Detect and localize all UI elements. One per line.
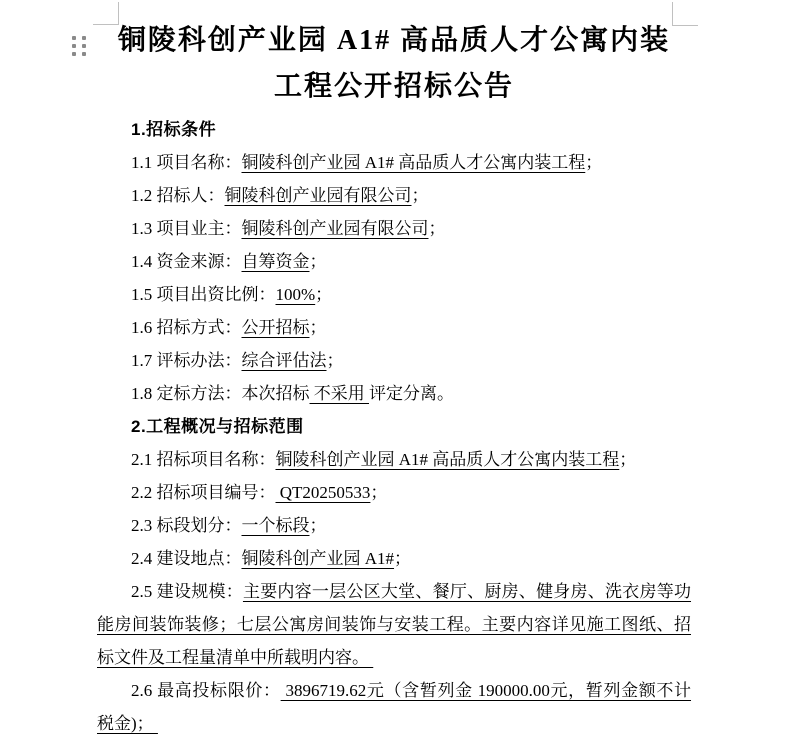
paragraph-text: 2.4 建设地点： — [131, 549, 242, 568]
paragraph-text: 2.工程概况与招标范围 — [131, 417, 304, 436]
paragraph-text: ； — [429, 219, 446, 238]
underlined-value: 铜陵科创产业园有限公司 — [225, 186, 412, 205]
paragraph-text: ； — [310, 318, 327, 337]
paragraph-text: 1.7 评标办法： — [131, 351, 242, 370]
paragraph-text: ； — [315, 285, 332, 304]
paragraph-text: 1.1 项目名称： — [131, 153, 242, 172]
document-paragraph: 2.5 建设规模：主要内容一层公区大堂、餐厅、厨房、健身房、洗衣房等功能房间装饰… — [97, 575, 691, 674]
paragraph-text: ； — [370, 483, 387, 502]
document-paragraph: 1.8 定标方法：本次招标 不采用 评定分离。 — [97, 377, 691, 410]
drag-handle-icon[interactable] — [72, 36, 86, 56]
paragraph-text: ； — [310, 252, 327, 271]
document-paragraph: 1.2 招标人：铜陵科创产业园有限公司； — [97, 179, 691, 212]
paragraph-text: 1.5 项目出资比例： — [131, 285, 276, 304]
underlined-value: 100% — [276, 285, 316, 304]
paragraph-text: 2.3 标段划分： — [131, 516, 242, 535]
document-paragraph: 1.3 项目业主：铜陵科创产业园有限公司； — [97, 212, 691, 245]
paragraph-text: 1.2 招标人： — [131, 186, 225, 205]
paragraph-text: 1.3 项目业主： — [131, 219, 242, 238]
paragraph-text: 2.1 招标项目名称： — [131, 450, 276, 469]
underlined-value: 铜陵科创产业园 A1# 高品质人才公寓内装工程 — [242, 153, 586, 172]
document-paragraph: 1.1 项目名称：铜陵科创产业园 A1# 高品质人才公寓内装工程； — [97, 146, 691, 179]
document-paragraph: 1.5 项目出资比例：100%； — [97, 278, 691, 311]
paragraph-text: 1.招标条件 — [131, 120, 216, 139]
document-title-line-1: 铜陵科创产业园 A1# 高品质人才公寓内装 — [97, 18, 691, 64]
underlined-value: 铜陵科创产业园 A1# — [242, 549, 395, 568]
paragraph-text: 1.6 招标方式： — [131, 318, 242, 337]
document-paragraph: 2.4 建设地点：铜陵科创产业园 A1#； — [97, 542, 691, 575]
paragraph-text: ； — [394, 549, 411, 568]
document-paragraph: 2.3 标段划分：一个标段； — [97, 509, 691, 542]
document-paragraph: 1.4 资金来源：自筹资金； — [97, 245, 691, 278]
section-heading: 1.招标条件 — [97, 113, 691, 146]
underlined-value: 不采用 — [310, 384, 370, 403]
paragraph-text: ； — [619, 450, 636, 469]
underlined-value: 综合评估法 — [242, 351, 327, 370]
underlined-value: 公开招标 — [242, 318, 310, 337]
section-heading: 2.工程概况与招标范围 — [97, 410, 691, 443]
paragraph-text: ； — [412, 186, 429, 205]
document-title: 铜陵科创产业园 A1# 高品质人才公寓内装 工程公开招标公告 — [97, 18, 691, 110]
paragraph-text: 2.5 建设规模： — [131, 582, 243, 601]
paragraph-text: 1.8 定标方法：本次招标 — [131, 384, 310, 403]
underlined-value: 一个标段 — [242, 516, 310, 535]
paragraph-text: ； — [310, 516, 327, 535]
document-paragraph: 1.7 评标办法：综合评估法； — [97, 344, 691, 377]
paragraph-text: 1.4 资金来源： — [131, 252, 242, 271]
document-paragraph: 2.2 招标项目编号： QT20250533； — [97, 476, 691, 509]
underlined-value: 铜陵科创产业园 A1# 高品质人才公寓内装工程 — [276, 450, 620, 469]
document-title-line-2: 工程公开招标公告 — [97, 64, 691, 110]
document-paragraph: 2.6 最高投标限价： 3896719.62元（含暂列金 190000.00元，… — [97, 674, 691, 740]
underlined-value: 自筹资金 — [242, 252, 310, 271]
paragraph-text: 评定分离。 — [369, 384, 454, 403]
underlined-value: 铜陵科创产业园有限公司 — [242, 219, 429, 238]
document-body: 1.招标条件1.1 项目名称：铜陵科创产业园 A1# 高品质人才公寓内装工程；1… — [97, 113, 691, 740]
underlined-value: QT20250533 — [276, 483, 371, 502]
paragraph-text: ； — [585, 153, 602, 172]
document-paragraph: 1.6 招标方式：公开招标； — [97, 311, 691, 344]
document-page: 铜陵科创产业园 A1# 高品质人才公寓内装 工程公开招标公告 1.招标条件1.1… — [0, 0, 791, 744]
paragraph-text: 2.2 招标项目编号： — [131, 483, 276, 502]
document-paragraph: 2.1 招标项目名称：铜陵科创产业园 A1# 高品质人才公寓内装工程； — [97, 443, 691, 476]
paragraph-text: 2.6 最高投标限价： — [131, 681, 281, 700]
paragraph-text: ； — [327, 351, 344, 370]
